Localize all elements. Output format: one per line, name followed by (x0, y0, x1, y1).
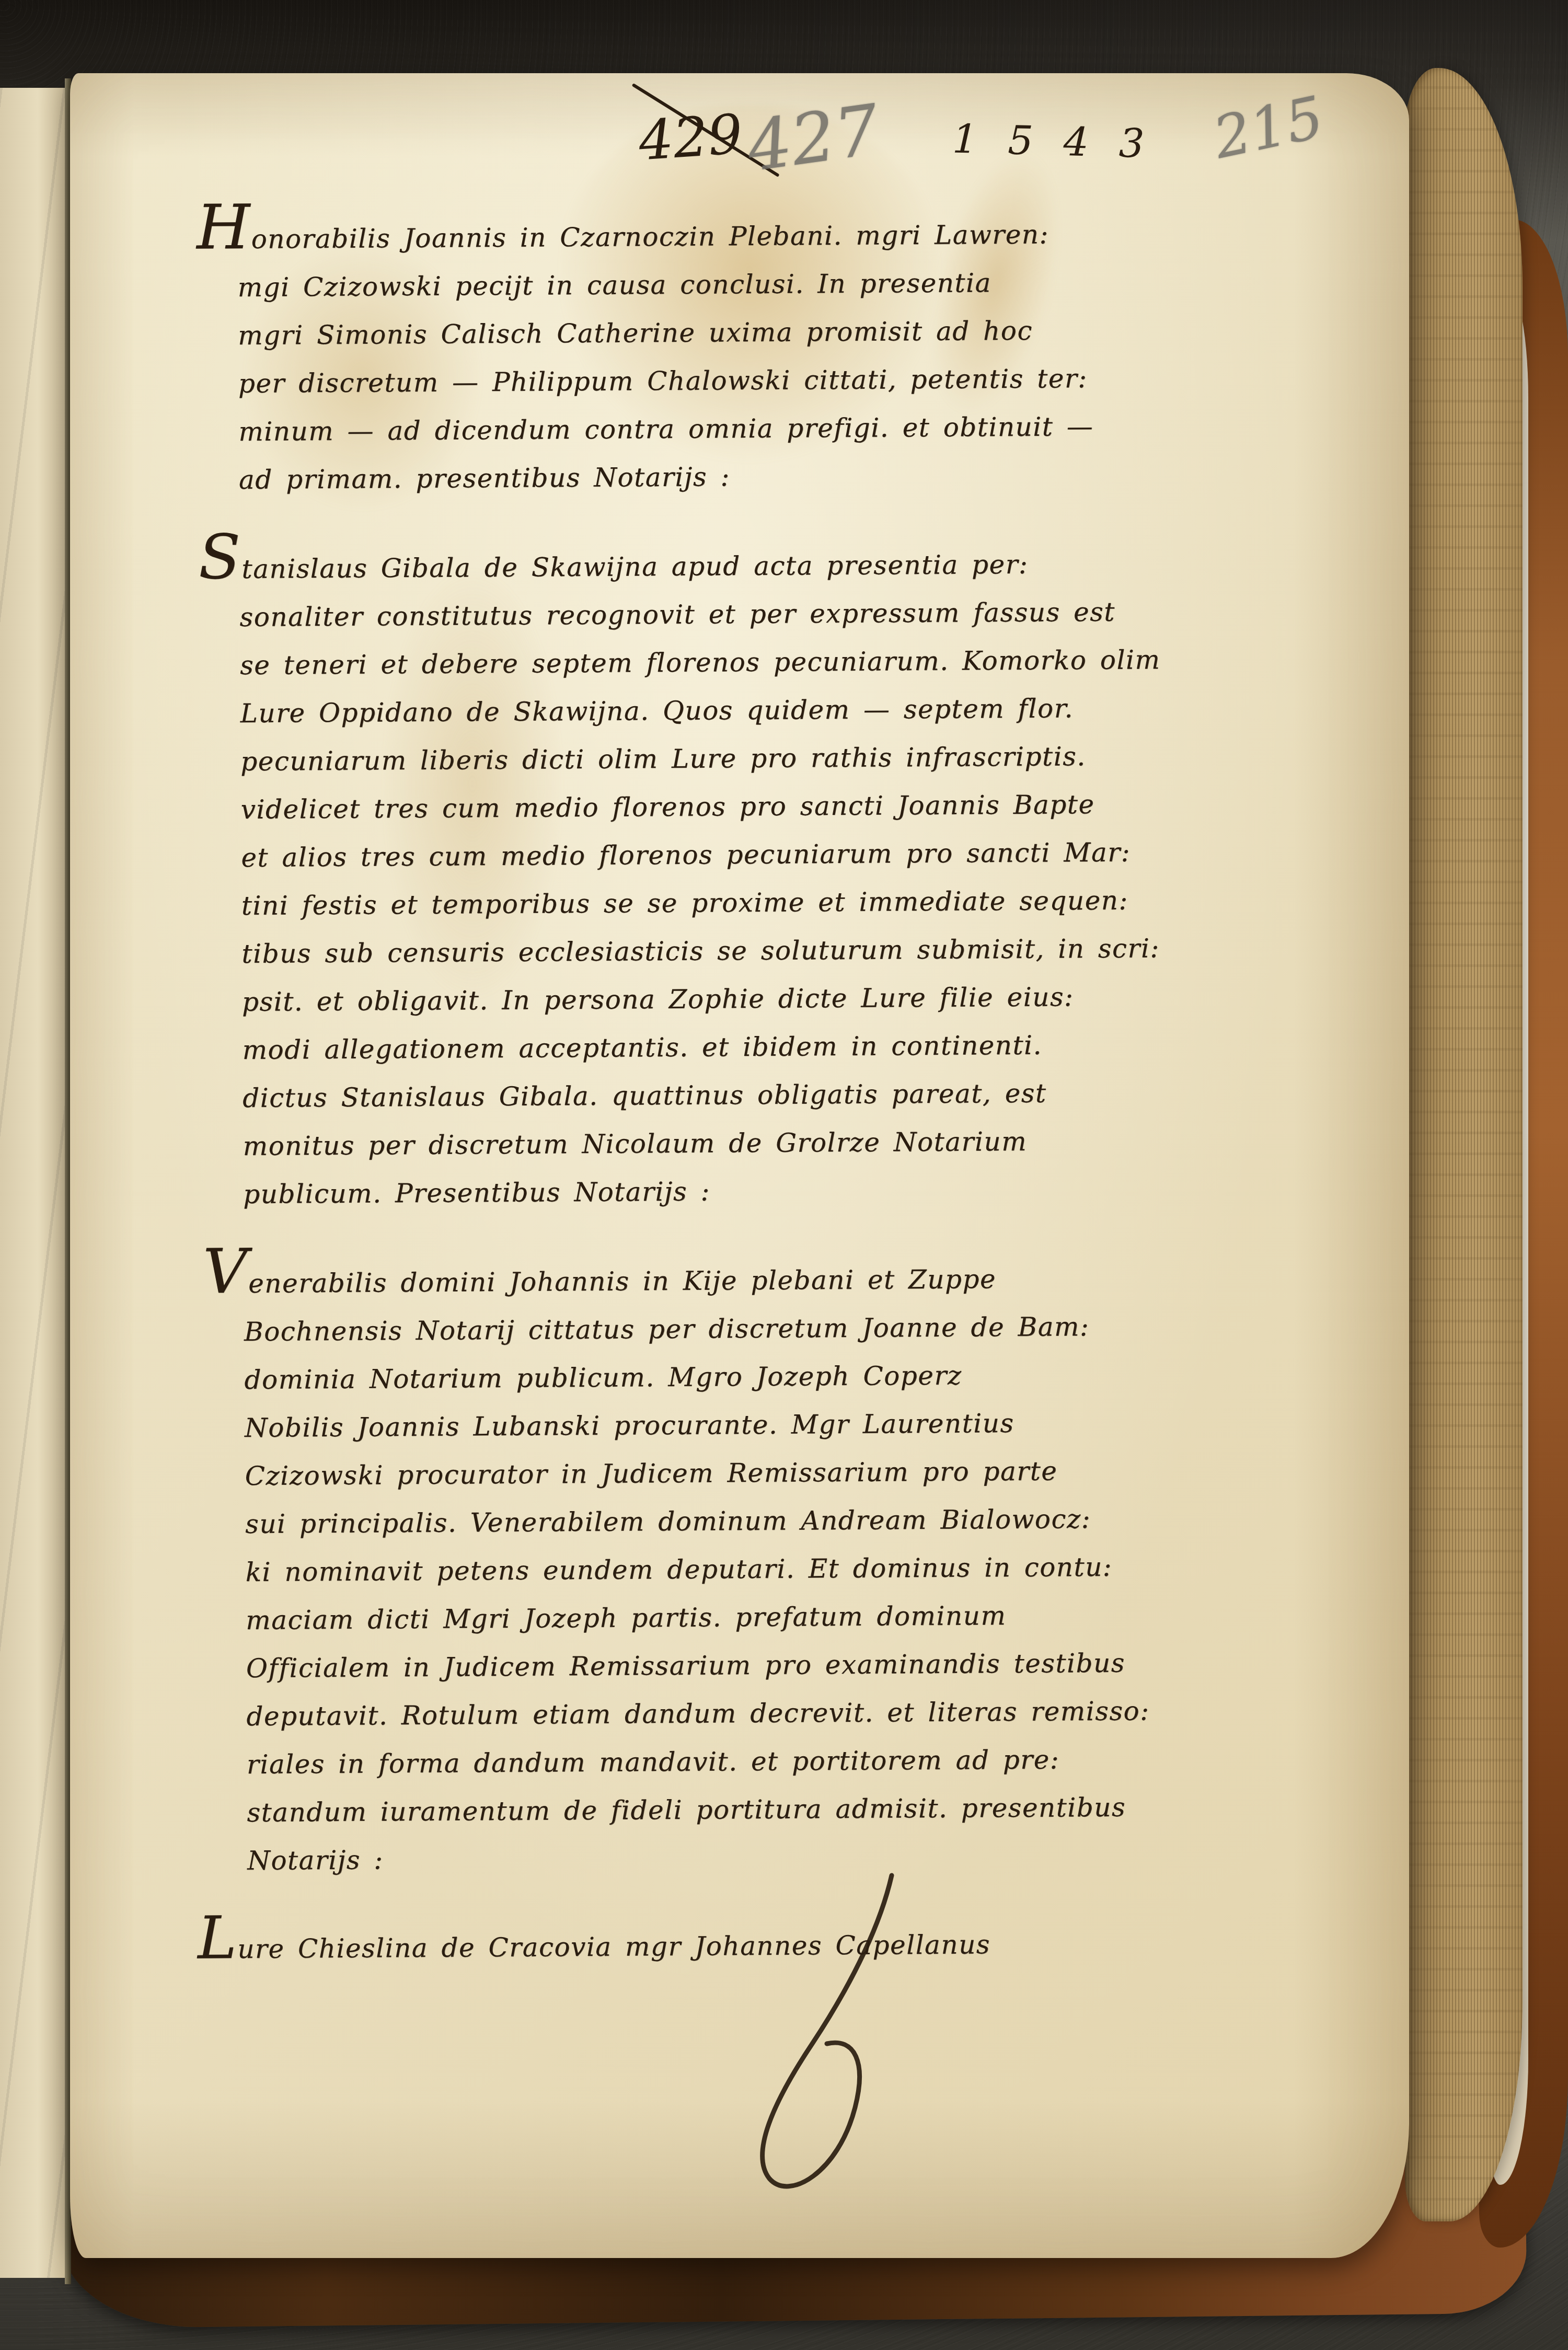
manuscript-line: pecuniarum liberis dicti olim Lure pro r… (240, 730, 1422, 786)
entry-paragraph-1: Honorabilis Joannis in Czarnoczin Pleban… (237, 196, 1420, 504)
manuscript-line: modi allegationem acceptantis. et ibidem… (242, 1019, 1424, 1074)
manuscript-line: Venerabilis domini Johannis in Kije pleb… (203, 1240, 1425, 1308)
manuscript-page: 429 427 1543 215 Honorabilis Joannis in … (70, 73, 1409, 2258)
manuscript-line: dictus Stanislaus Gibala. quattinus obli… (243, 1067, 1424, 1122)
manuscript-line: mgri Simonis Calisch Catherine uxima pro… (238, 304, 1420, 360)
manuscript-line: monitus per discretum Nicolaum de Grolrz… (243, 1115, 1424, 1170)
manuscript-line: ad primam. presentibus Notarijs : (239, 448, 1421, 504)
manuscript-line: Stanislaus Gibala de Skawijna apud acta … (199, 526, 1421, 593)
manuscript-line: videlicet tres cum medio florenos pro sa… (240, 778, 1422, 834)
manuscript-line: deputavit. Rotulum etiam dandum decrevit… (246, 1685, 1428, 1741)
manuscript-line: ki nominavit petens eundem deputari. Et … (245, 1541, 1427, 1596)
manuscript-line: minum — ad dicendum contra omnia prefigi… (238, 400, 1420, 456)
entry-paragraph-3: Venerabilis domini Johannis in Kije pleb… (244, 1240, 1428, 1885)
pen-flourish (687, 1871, 959, 2216)
manuscript-line: tini festis et temporibus se se proxime … (241, 874, 1423, 930)
manuscript-line: sonaliter constitutus recognovit et per … (239, 586, 1421, 641)
manuscript-line: riales in forma dandum mandavit. et port… (247, 1733, 1428, 1789)
photo-background: 429 427 1543 215 Honorabilis Joannis in … (0, 0, 1568, 2350)
manuscript-line: se teneri et debere septem florenos pecu… (240, 634, 1422, 689)
manuscript-line: Bochnensis Notarij cittatus per discretu… (244, 1300, 1426, 1356)
manuscript-line: Czizowski procurator in Judicem Remissar… (245, 1445, 1426, 1500)
manuscript-line: Officialem in Judicem Remissarium pro ex… (246, 1637, 1428, 1692)
entry-paragraph-2: Stanislaus Gibala de Skawijna apud acta … (239, 526, 1425, 1218)
manuscript-text: Honorabilis Joannis in Czarnoczin Pleban… (237, 196, 1429, 1973)
manuscript-line: et alios tres cum medio florenos pecunia… (241, 826, 1423, 882)
folio-number-pencil-right: 215 (1208, 84, 1329, 172)
manuscript-line: per discretum — Philippum Chalowski citt… (238, 352, 1420, 408)
facing-page-edge (0, 88, 68, 2278)
manuscript-line: Honorabilis Joannis in Czarnoczin Pleban… (197, 196, 1419, 263)
manuscript-line: publicum. Presentibus Notarijs : (243, 1163, 1425, 1218)
manuscript-line: mgi Czizowski pecijt in causa conclusi. … (237, 256, 1419, 312)
manuscript-line: Nobilis Joannis Lubanski procurante. Mgr… (245, 1397, 1426, 1452)
manuscript-line: maciam dicti Mgri Jozeph partis. prefatu… (246, 1589, 1427, 1644)
folio-number-crossed-out: 429 (637, 102, 745, 173)
manuscript-line: psit. et obligavit. In persona Zophie di… (242, 971, 1424, 1026)
year-mark: 1543 (952, 115, 1175, 167)
manuscript-line: standum iuramentum de fideli portitura a… (247, 1781, 1428, 1837)
manuscript-line: Lure Oppidano de Skawijna. Quos quidem —… (240, 682, 1422, 738)
manuscript-line: sui principalis. Venerabilem dominum And… (245, 1493, 1427, 1548)
manuscript-line: dominia Notarium publicum. Mgro Jozeph C… (244, 1349, 1426, 1404)
manuscript-line: tibus sub censuris ecclesiasticis se sol… (241, 923, 1423, 978)
